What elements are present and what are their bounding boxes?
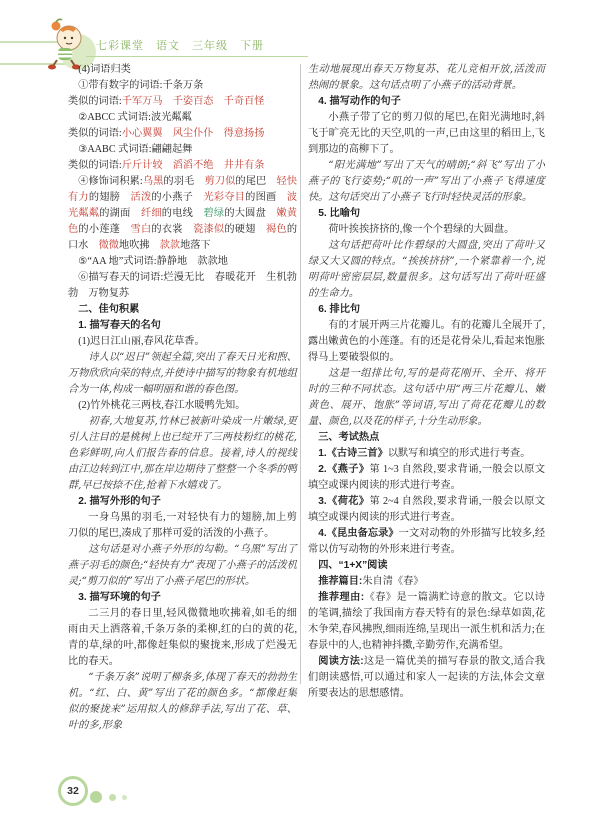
text-segment: 荷叶挨挨挤挤的,像一个个碧绿的大圆盘。 xyxy=(328,224,514,235)
footer-dot xyxy=(90,791,102,803)
text-segment: (1)迟日江山丽,春风花草香。 xyxy=(78,336,205,347)
text-segment: 2.《燕子》 xyxy=(318,464,369,475)
right-text-column: 生动地展现出春天万物复苏、花儿竞相开放,活泼而热闹的景象。这句话点明了小燕子的活… xyxy=(308,62,545,702)
text-segment: 四、“1+X”阅读 xyxy=(318,560,387,571)
text-segment: 的硬翅 xyxy=(224,224,266,235)
page-number-badge: 32 xyxy=(58,776,88,806)
text-segment: 以默写和填空的形式进行考查。 xyxy=(388,448,531,459)
highlighted-text: 款款 xyxy=(160,240,180,251)
paragraph: 有的才展开两三片花瓣儿。有的花瓣儿全展开了,露出嫩黄色的小莲蓬。有的还是花骨朵儿… xyxy=(308,318,545,366)
paragraph: 推荐篇目:朱自清《春》 xyxy=(308,574,545,590)
text-segment: 的衣裳 xyxy=(151,224,193,235)
paragraph: 一身乌黑的羽毛,一对轻快有力的翅膀,加上剪刀似的尾巴,凑成了那样可爱的活泼的小燕… xyxy=(68,510,297,542)
text-segment: ③AABC 式词语:翩翩起舞 xyxy=(78,144,192,155)
text-segment: 初春,大地复苏,竹林已被新叶染成一片嫩绿,更引人注目的是桃树上也已绽开了三两枝粉… xyxy=(68,416,297,491)
section-heading: 四、“1+X”阅读 xyxy=(308,558,545,574)
section-heading: 2. 描写外形的句子 xyxy=(68,494,297,510)
text-segment: 的小燕子 xyxy=(151,192,203,203)
section-heading: 三、考试热点 xyxy=(308,430,545,446)
highlighted-text: 千军万马 千姿百态 千奇百怪 xyxy=(122,96,265,107)
highlighted-text: 微微 xyxy=(99,240,119,251)
section-heading: 3. 描写环境的句子 xyxy=(68,590,297,606)
text-segment: 类似的词语: xyxy=(68,160,122,171)
text-segment: 诗人以“迟日”领起全篇,突出了春天日光和煦、万物欣欣向荣的特点,并使诗中描写的物… xyxy=(68,352,297,395)
section-heading: 5. 比喻句 xyxy=(308,206,545,222)
paragraph: 4.《昆虫备忘录》一文对动物的外形描写比较多,经常以仿写动物的外形来进行考查。 xyxy=(308,526,545,558)
text-segment: 二、佳句积累 xyxy=(78,304,139,315)
text-segment: 1. 描写春天的名句 xyxy=(78,320,161,331)
text-segment: 类似的词语: xyxy=(68,128,122,139)
paragraph: 荷叶挨挨挤挤的,像一个个碧绿的大圆盘。 xyxy=(308,222,545,238)
footer-dot xyxy=(109,794,116,801)
text-segment: 的电线 xyxy=(162,208,204,219)
header-underline xyxy=(86,56,308,57)
text-segment: 这句话把荷叶比作碧绿的大圆盘,突出了荷叶又绿又大又圆的特点。“挨挨挤挤”,一个紧… xyxy=(308,240,545,299)
highlighted-text: 褐色 xyxy=(266,224,287,235)
paragraph: (4)词语归类 xyxy=(68,62,297,78)
text-segment: 三、考试热点 xyxy=(318,432,379,443)
highlighted-text: 光彩夺目 xyxy=(203,192,245,203)
text-segment: (4)词语归类 xyxy=(78,64,131,75)
highlighted-text: 斤斤计较 滔滔不绝 井井有条 xyxy=(122,160,265,171)
page-number: 32 xyxy=(67,785,79,797)
text-segment: ①带有数字的词语:千条万条 xyxy=(78,80,203,91)
text-segment: 的羽毛 xyxy=(163,176,204,187)
paragraph: “阳光满地”写出了天气的晴朗;“斜飞”写出了小燕子的飞行姿势;“叽的一声”写出了… xyxy=(308,158,545,206)
text-segment: 1.《古诗三首》 xyxy=(318,448,388,459)
text-segment: 这句话是对小燕子外形的勾勒。“乌黑”写出了燕子羽毛的颜色;“轻快有力”表现了小燕… xyxy=(68,544,297,587)
paragraph: 3.《荷花》第 2~4 自然段,要求背诵,一般会以原文填空或课内阅读的形式进行考… xyxy=(308,494,545,526)
paragraph: 这句话把荷叶比作碧绿的大圆盘,突出了荷叶又绿又大又圆的特点。“挨挨挤挤”,一个紧… xyxy=(308,238,545,302)
paragraph: 小燕子带了它的剪刀似的尾巴,在阳光满地时,斜飞于旷亮无比的天空,叽的一声,已由这… xyxy=(308,110,545,158)
book-page: 七彩课堂 语文 三年级 下册 (4)词语归类①带有数字的词语:千条万条类似的词语… xyxy=(0,0,600,834)
text-segment: 2. 描写外形的句子 xyxy=(78,496,161,507)
text-segment: 4. 描写动作的句子 xyxy=(318,96,401,107)
paragraph: 推荐理由:《春》是一篇满贮诗意的散文。它以诗的笔调,描绘了我国南方春天特有的景色… xyxy=(308,590,545,654)
text-segment: 一身乌黑的羽毛,一对轻快有力的翅膀,加上剪刀似的尾巴,凑成了那样可爱的活泼的小燕… xyxy=(68,512,297,539)
text-segment: ②ABCC 式词语:波光粼粼 xyxy=(78,112,192,123)
text-segment: 二三月的春日里,轻风微微地吹拂着,如毛的细雨由天上洒落着,千条万条的柔柳,红的白… xyxy=(68,608,297,667)
footer-dot xyxy=(122,795,127,800)
text-segment: 3. 描写环境的句子 xyxy=(78,592,161,603)
paragraph: 类似的词语:斤斤计较 滔滔不绝 井井有条 xyxy=(68,158,297,174)
highlighted-text: 小心翼翼 风尘仆仆 得意扬扬 xyxy=(122,128,265,139)
text-segment: 朱自清《春》 xyxy=(362,576,423,587)
paragraph: ④修饰词积累:乌黑的羽毛 剪刀似的尾巴 轻快有力的翅膀 活泼的小燕子 光彩夺目的… xyxy=(68,174,297,254)
text-segment: 的尾巴 xyxy=(235,176,276,187)
text-segment: 地落下 xyxy=(180,240,211,251)
paragraph: ⑤“AA 地”式词语:静静地 款款地 xyxy=(68,254,297,270)
paragraph: 类似的词语:小心翼翼 风尘仆仆 得意扬扬 xyxy=(68,126,297,142)
highlighted-text: 剪刀似 xyxy=(205,176,236,187)
text-segment: 的翅膀 xyxy=(89,192,131,203)
paragraph: 诗人以“迟日”领起全篇,突出了春天日光和煦、万物欣欣向荣的特点,并使诗中描写的物… xyxy=(68,350,297,398)
highlighted-text: 雪白 xyxy=(131,224,152,235)
text-segment: 小燕子带了它的剪刀似的尾巴,在阳光满地时,斜飞于旷亮无比的天空,叽的一声,已由这… xyxy=(308,112,545,155)
text-segment: 5. 比喻句 xyxy=(318,208,360,219)
text-segment: 类似的词语: xyxy=(68,96,122,107)
highlighted-text: 碧绿 xyxy=(203,208,224,219)
highlighted-text: 瓷漆似 xyxy=(193,224,224,235)
paragraph: 阅读方法:这是一篇优美的描写春景的散文,适合我们朗读感悟,可以通过和家人一起读的… xyxy=(308,654,545,702)
left-text-column: (4)词语归类①带有数字的词语:千条万条类似的词语:千军万马 千姿百态 千奇百怪… xyxy=(68,62,297,734)
text-segment: 这是一组排比句,写的是荷花刚开、全开、将开时的三种不同状态。这句话中用“两三片花… xyxy=(308,368,545,427)
text-segment: 有的才展开两三片花瓣儿。有的花瓣儿全展开了,露出嫩黄色的小莲蓬。有的还是花骨朵儿… xyxy=(308,320,545,363)
text-segment: ⑤“AA 地”式词语:静静地 款款地 xyxy=(78,256,228,267)
paragraph: (2)竹外桃花三两枝,春江水暖鸭先知。 xyxy=(68,398,297,414)
text-segment: 的湖面 xyxy=(99,208,141,219)
paragraph: ⑥描写春天的词语:烂漫无比 春暖花开 生机勃勃 万物复苏 xyxy=(68,270,297,302)
text-segment: “千条万条”说明了柳条多,体现了春天的勃勃生机。“红、白、黄”写出了花的颜色多。… xyxy=(68,672,297,731)
highlighted-text: 活泼 xyxy=(131,192,152,203)
paragraph: 这句话是对小燕子外形的勾勒。“乌黑”写出了燕子羽毛的颜色;“轻快有力”表现了小燕… xyxy=(68,542,297,590)
paragraph: (1)迟日江山丽,春风花草香。 xyxy=(68,334,297,350)
text-segment: 的大圆盘 xyxy=(224,208,276,219)
text-segment: 的图画 xyxy=(245,192,287,203)
text-segment: 的小莲蓬 xyxy=(78,224,130,235)
paragraph: ③AABC 式词语:翩翩起舞 xyxy=(68,142,297,158)
text-segment: 推荐篇目: xyxy=(318,576,362,587)
highlighted-text: 乌黑 xyxy=(143,176,164,187)
column-divider xyxy=(300,64,301,684)
text-segment: 3.《荷花》 xyxy=(318,496,369,507)
paragraph: 2.《燕子》第 1~3 自然段,要求背诵,一般会以原文填空或课内阅读的形式进行考… xyxy=(308,462,545,494)
paragraph: 类似的词语:千军万马 千姿百态 千奇百怪 xyxy=(68,94,297,110)
text-segment: (2)竹外桃花三两枝,春江水暖鸭先知。 xyxy=(78,400,245,411)
text-segment: 阅读方法: xyxy=(318,656,363,667)
text-segment: 4.《昆虫备忘录》 xyxy=(318,528,398,539)
text-segment: 地吹拂 xyxy=(119,240,160,251)
section-heading: 4. 描写动作的句子 xyxy=(308,94,545,110)
section-heading: 二、佳句积累 xyxy=(68,302,297,318)
section-heading: 1. 描写春天的名句 xyxy=(68,318,297,334)
text-segment: 推荐理由: xyxy=(318,592,364,603)
paragraph: 初春,大地复苏,竹林已被新叶染成一片嫩绿,更引人注目的是桃树上也已绽开了三两枝粉… xyxy=(68,414,297,494)
text-segment: “阳光满地”写出了天气的晴朗;“斜飞”写出了小燕子的飞行姿势;“叽的一声”写出了… xyxy=(308,160,545,203)
paragraph: 1.《古诗三首》以默写和填空的形式进行考查。 xyxy=(308,446,545,462)
section-heading: 6. 排比句 xyxy=(308,302,545,318)
page-header-title: 七彩课堂 语文 三年级 下册 xyxy=(96,37,264,53)
paragraph: ②ABCC 式词语:波光粼粼 xyxy=(68,110,297,126)
highlighted-text: 纤细 xyxy=(141,208,162,219)
text-segment: ④修饰词积累: xyxy=(78,176,143,187)
paragraph: 二三月的春日里,轻风微微地吹拂着,如毛的细雨由天上洒落着,千条万条的柔柳,红的白… xyxy=(68,606,297,670)
text-segment: 6. 排比句 xyxy=(318,304,360,315)
paragraph: 生动地展现出春天万物复苏、花儿竞相开放,活泼而热闹的景象。这句话点明了小燕子的活… xyxy=(308,62,545,94)
text-segment: 生动地展现出春天万物复苏、花儿竞相开放,活泼而热闹的景象。这句话点明了小燕子的活… xyxy=(308,64,545,91)
text-segment: ⑥描写春天的词语:烂漫无比 春暖花开 生机勃勃 万物复苏 xyxy=(68,272,297,299)
paragraph: ①带有数字的词语:千条万条 xyxy=(68,78,297,94)
paragraph: 这是一组排比句,写的是荷花刚开、全开、将开时的三种不同状态。这句话中用“两三片花… xyxy=(308,366,545,430)
paragraph: “千条万条”说明了柳条多,体现了春天的勃勃生机。“红、白、黄”写出了花的颜色多。… xyxy=(68,670,297,734)
